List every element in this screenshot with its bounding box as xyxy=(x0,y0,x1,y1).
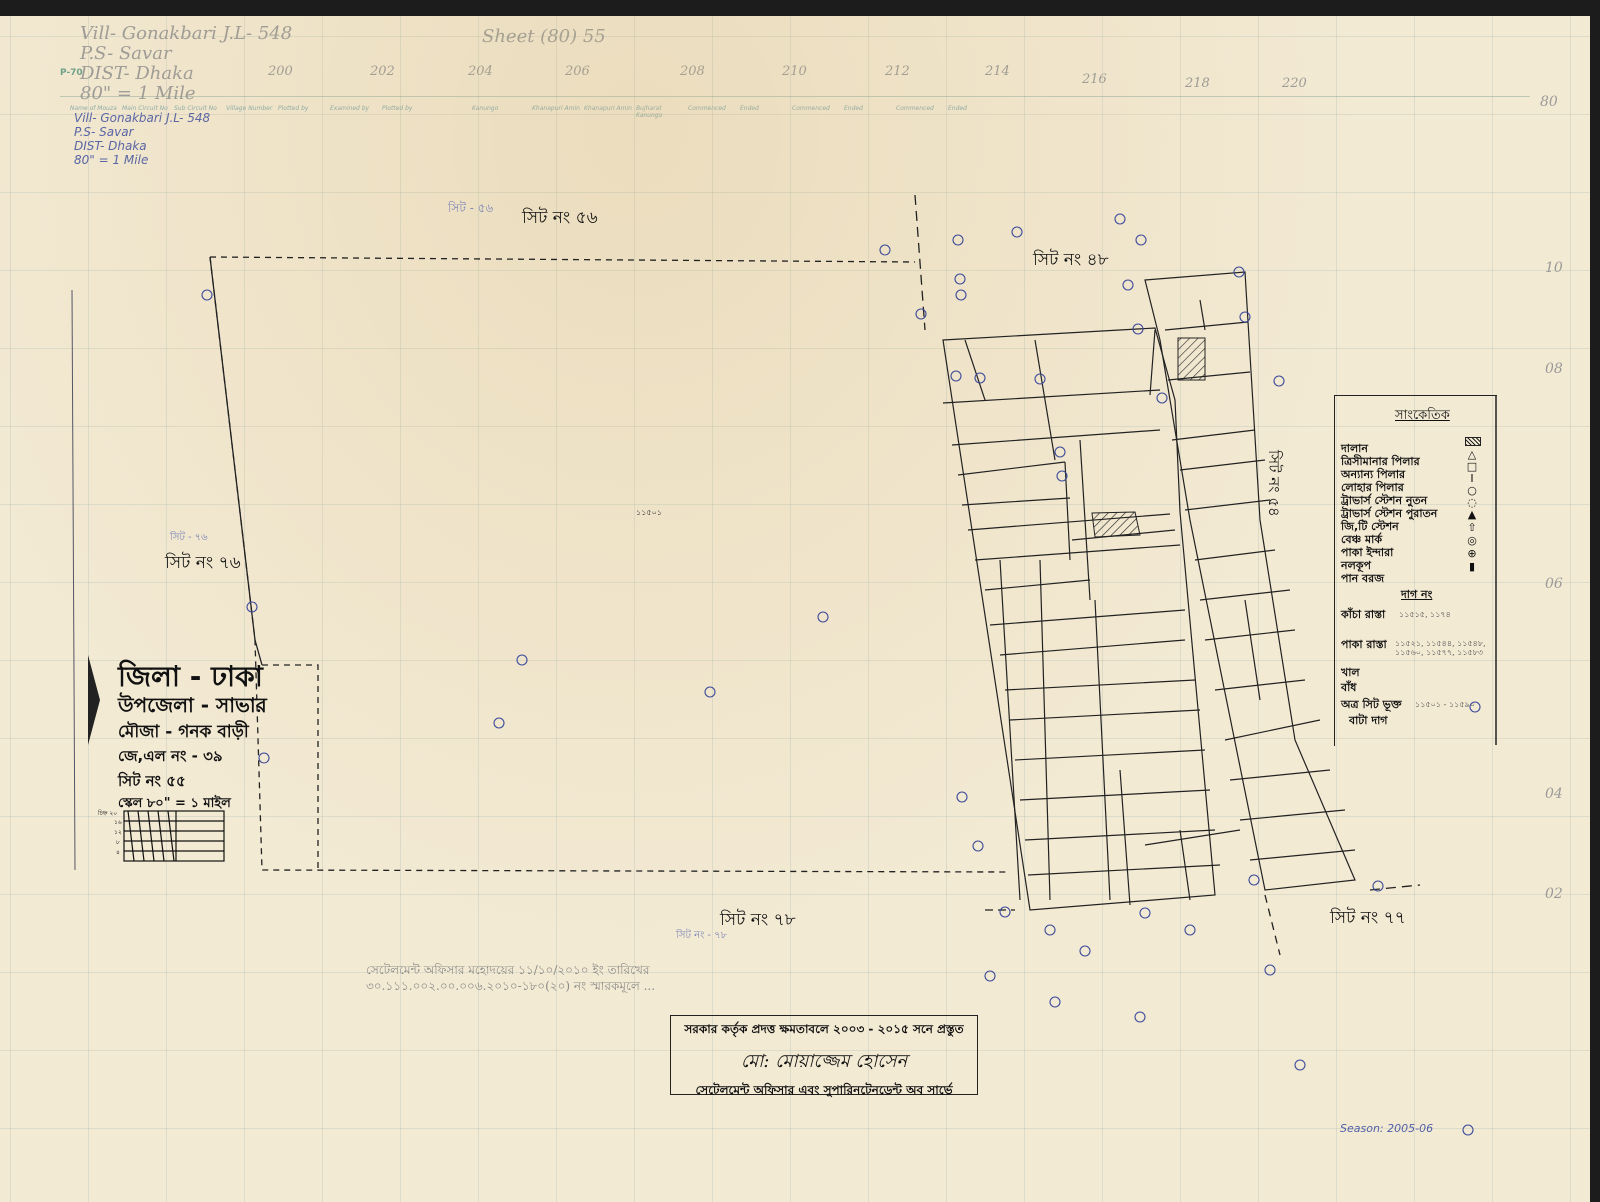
building-hatch xyxy=(1178,338,1205,380)
signature: মো: মোয়াজ্জেম হোসেন xyxy=(671,1047,977,1078)
legend-title: সাংকেতিক xyxy=(1395,406,1450,427)
jl-number-label: জে,এল নং - ৩৯ xyxy=(118,745,223,770)
adjacent-sheet-south-pencil: সিট নং - ৭৮ xyxy=(676,928,727,945)
kacha-road-dag: ১১৫১৫, ১১৭৪ xyxy=(1399,609,1451,622)
adjacent-sheet-southeast: সিট নং ৭৭ xyxy=(1330,905,1406,933)
this-sheet-dag: ১১৫০১ - ১১৫৯০ xyxy=(1415,699,1475,712)
sheet-number-label: সিট নং ৫৫ xyxy=(118,770,186,795)
legend-item: পান বরজ xyxy=(1341,570,1384,589)
mouza-boundary-north xyxy=(210,257,915,262)
gt-station-icon: ▲ xyxy=(1465,508,1479,521)
pencil-correction-note: সেটেলমেন্ট অফিসার মহোদয়ের ১১/১০/২০১০ ইং… xyxy=(366,962,666,994)
building-hatch xyxy=(1092,512,1140,537)
mouza-boundary-west xyxy=(210,257,262,665)
pucca-well-icon: ◎ xyxy=(1465,534,1479,547)
adjacent-sheet-north-pencil: সিট - ৫৬ xyxy=(448,200,493,220)
dag-header: দাগ নং xyxy=(1401,586,1432,605)
kacha-road-label: কাঁচা রাস্তা xyxy=(1341,606,1385,625)
legend-box: সাংকেতিক দালান ত্রিসীমানার পিলার অন্যান্… xyxy=(1334,395,1497,746)
mouza-boundary-south xyxy=(210,257,1010,872)
adjacent-sheet-west-pencil: সিট - ৭৬ xyxy=(170,530,208,547)
tubewell-icon: ⊕ xyxy=(1465,547,1479,560)
adjacent-sheet-north: সিট নং ৫৬ xyxy=(522,205,598,233)
certificate-box: সরকার কর্তৃক প্রদত্ত ক্ষমতাবলে ২০০৩ - ২০… xyxy=(670,1015,978,1095)
certificate-title: সেটেলমেন্ট অফিসার এবং সুপারিনটেনডেন্ট অব… xyxy=(671,1082,977,1102)
bata-dag-label: বাটা দাগ xyxy=(1349,712,1388,731)
adjacent-sheet-west: সিট নং ৭৬ xyxy=(165,550,241,578)
adjacent-sheet-northeast: সিট নং ৪৮ xyxy=(1033,247,1109,275)
paka-road-dag: ১১৫২১, ১১৫৪৪, ১১৫৪৮, ১১৫৬০, ১১৫৭৭, ১১৫৮৩ xyxy=(1395,639,1495,657)
scale-label: স্কেল ৮০" = ১ মাইল xyxy=(118,794,231,815)
mouza-label: মৌজা - গনক বাড়ী xyxy=(118,719,249,747)
big-parcel-number: ১১৫০১ xyxy=(636,507,662,520)
bench-mark-icon: ⇧ xyxy=(1465,521,1479,534)
scale-bar-label: ৪ xyxy=(116,847,120,858)
survey-stations xyxy=(202,214,1480,1135)
certificate-line: সরকার কর্তৃক প্রদত্ত ক্ষমতাবলে ২০০৩ - ২০… xyxy=(671,1021,977,1041)
title-block: জিলা - ঢাকা উপজেলা - সাভার মৌজা - গনক বা… xyxy=(88,655,318,865)
parcel-block xyxy=(943,272,1355,910)
paka-road-label: পাকা রাস্তা xyxy=(1341,636,1387,655)
betel-garden-icon: ▮ xyxy=(1465,560,1479,573)
adjacent-sheet-south: সিট নং ৭৮ xyxy=(720,907,796,935)
adjacent-sheet-east: সিট নং ৫৪ xyxy=(1260,450,1285,517)
season-label: Season: 2005-06 xyxy=(1340,1122,1433,1135)
